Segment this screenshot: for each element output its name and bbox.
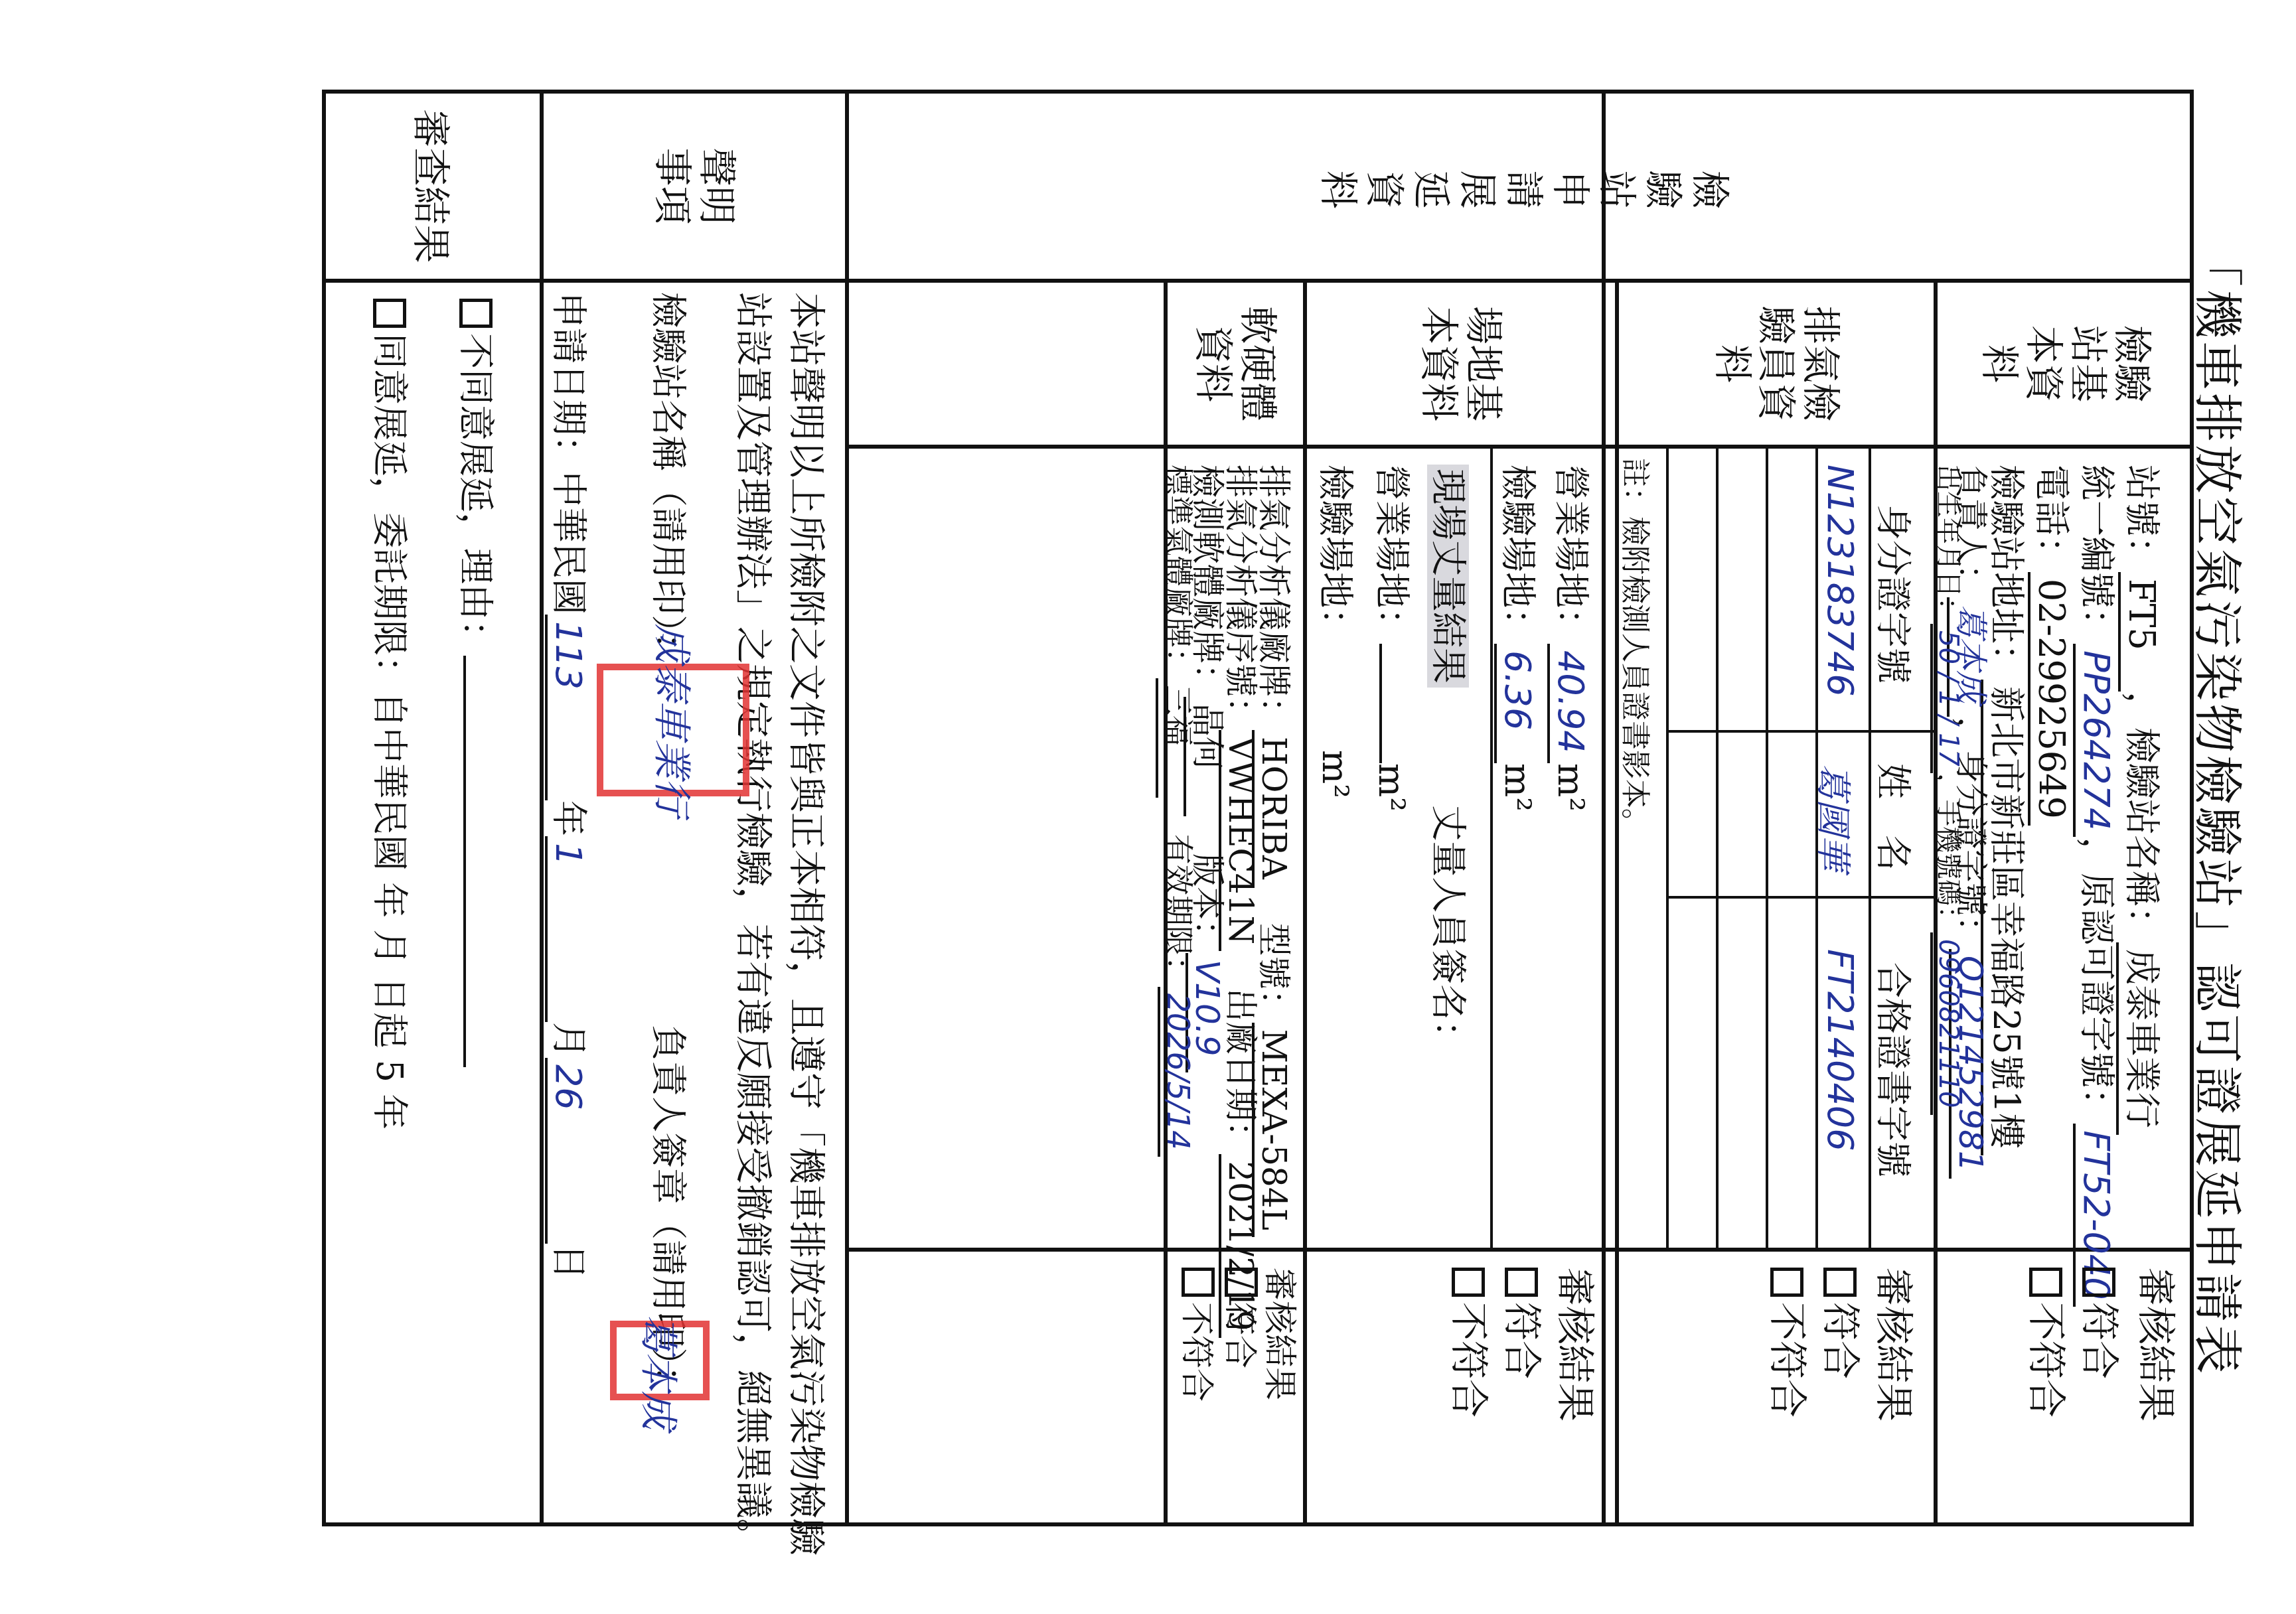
inspectors-review-fail[interactable]: 不符合 [1764, 1268, 1812, 1418]
station-review-title: 審核結果 [2132, 1268, 2181, 1422]
inspector-row-line [1666, 445, 1669, 1248]
checkbox[interactable] [1823, 1268, 1857, 1297]
divider-declaration [845, 90, 849, 1526]
date-year-field[interactable]: 113 [545, 615, 589, 800]
dob-row: 出生年月日：50 / 1 / 17，手機號碼：0960821110 [1930, 465, 1969, 1115]
inspector-col-name: 姓 名 [1870, 763, 1921, 871]
hardware-review-fail[interactable]: 不符合 [1176, 1268, 1218, 1402]
divider-site-sub-end [1303, 279, 1307, 1526]
onsite-label: 現場丈量結果 [1427, 465, 1469, 688]
site-label: 場地基本資料 [1307, 283, 1615, 445]
declaration-text-2: 站設置及管理辦法」之規定執行檢驗，若有違反願接受撤銷認可，絕無異議。 [729, 292, 783, 1556]
declaration-text-1: 本站聲明以上所檢附之文件皆與正本相符，且遵守「機車排放空氣污染物檢驗 [783, 292, 836, 1556]
inspector-id-cell[interactable]: N123183746 [1819, 465, 1861, 697]
review-reject-row: 不同意展延，理由： [453, 299, 504, 1067]
checkbox[interactable] [1770, 1268, 1803, 1297]
hardware-label: 軟硬體資料 [1168, 283, 1303, 445]
application-date-row: 申請日期：中華民國113年1月26日 [545, 292, 597, 1280]
site-review-title: 審核結果 [1551, 1268, 1600, 1422]
checkbox[interactable] [2082, 1268, 2115, 1297]
station-basic-label: 檢驗站基本資料 [1938, 283, 2194, 445]
col-sub-header [849, 445, 2194, 449]
inspector-row-line [1716, 445, 1719, 1248]
inspectors-note: 註：檢附檢測人員證書影本。 [1616, 458, 1659, 838]
station-seal-signature: 成泰車業行 [647, 624, 703, 816]
inspector-col-line [1669, 730, 1934, 733]
hardware-review-title: 審核結果 [1259, 1268, 1301, 1400]
business-area-field[interactable]: 40.94 [1547, 644, 1592, 763]
onsite-row: 現場丈量結果 丈量人員簽名： [1425, 465, 1476, 1056]
station-review-fail[interactable]: 不符合 [2023, 1268, 2071, 1418]
inspectors-review-pass[interactable]: 符合 [1817, 1268, 1865, 1379]
site-inner-divider [1490, 445, 1493, 1248]
inspector-col-cert: 合格證書字號 [1870, 962, 1921, 1177]
tax-id-row: 統一編號：PP264274，原認可證字號：FT52-040 [2073, 465, 2125, 1307]
station-no-field[interactable]: FT5 [2118, 572, 2163, 692]
application-form-page: 「機車排放空氣污染物檢驗站」認可證展延申請表 檢驗站申請展延資料 檢驗站基本資料… [0, 0, 2296, 1614]
inspector-name-cell[interactable]: 葛國華 [1810, 763, 1861, 871]
std-gas-row: 標準氣體廠牌：三福 有效期限：2026/5/14 [1156, 465, 1202, 1157]
reject-checkbox[interactable] [459, 299, 493, 328]
expiry-field[interactable]: 2026/5/14 [1158, 987, 1196, 1157]
onsite-inspection-row: 檢驗場地：m² [1312, 465, 1363, 798]
std-gas-field[interactable]: 三福 [1156, 678, 1202, 798]
col-review-header [322, 279, 544, 283]
inspection-area-field[interactable]: 6.36 [1494, 644, 1539, 763]
extension-section-label: 檢驗站申請展延資料 [849, 94, 2194, 279]
divider-review [540, 90, 544, 1526]
approve-checkbox[interactable] [373, 299, 406, 328]
onsite-business-row: 營業場地：m² [1369, 465, 1420, 812]
onsite-business-field[interactable] [1379, 644, 1382, 763]
review-approve-row: 同意展延，委託期限：自中華民國 年 月 日起 5 年 [366, 299, 418, 1130]
inspector-cert-cell[interactable]: FT2140406 [1819, 949, 1861, 1151]
hardware-review-pass[interactable]: 符合 [1219, 1268, 1261, 1368]
site-review-fail[interactable]: 不符合 [1445, 1268, 1493, 1418]
station-review-pass[interactable]: 符合 [2076, 1268, 2124, 1379]
declaration-label: 聲明事項 [544, 94, 845, 279]
phone-field[interactable]: 02-29925649 [2028, 572, 2072, 826]
dob-field[interactable]: 50 / 1 / 17 [1930, 624, 1963, 773]
checkbox[interactable] [1505, 1268, 1538, 1297]
checkbox[interactable] [2029, 1268, 2062, 1297]
site-review-pass[interactable]: 符合 [1498, 1268, 1547, 1379]
inspectors-review-title: 審核結果 [1870, 1268, 1918, 1422]
date-month-field[interactable]: 1 [545, 836, 589, 1022]
col-declaration-header [544, 279, 849, 283]
inspector-row-line [1766, 445, 1768, 1248]
tax-id-field[interactable]: PP264274 [2073, 644, 2117, 837]
mobile-field[interactable]: 0960821110 [1930, 932, 1963, 1115]
surveyor-label: 丈量人員簽名： [1427, 805, 1469, 1056]
checkbox[interactable] [1225, 1268, 1258, 1297]
business-area-row: 營業場地：40.94m² [1547, 465, 1599, 812]
review-label: 審查結果 [322, 94, 540, 279]
date-day-field[interactable]: 26 [545, 1058, 589, 1244]
form-title: 「機車排放空氣污染物檢驗站」認可證展延申請表 [2186, 0, 2256, 1614]
owner-seal-signature: 葛本成 [634, 1314, 690, 1430]
inspector-col-line [1669, 896, 1934, 899]
checkbox[interactable] [1452, 1268, 1485, 1297]
station-seal-row: 檢驗站名稱（請用印）： 負責人簽章（請用印）： [645, 292, 696, 1401]
inspectors-label: 排氣檢驗員資料 [1619, 283, 1934, 445]
inspector-col-id: 身分證字號 [1870, 504, 1921, 684]
reject-reason-field[interactable] [463, 656, 466, 1067]
inspection-area-row: 檢驗場地：6.36m² [1494, 465, 1546, 812]
col-review [849, 1248, 2194, 1252]
checkbox[interactable] [1182, 1268, 1215, 1297]
phone-row: 電話：02-29925649 [2028, 465, 2080, 826]
